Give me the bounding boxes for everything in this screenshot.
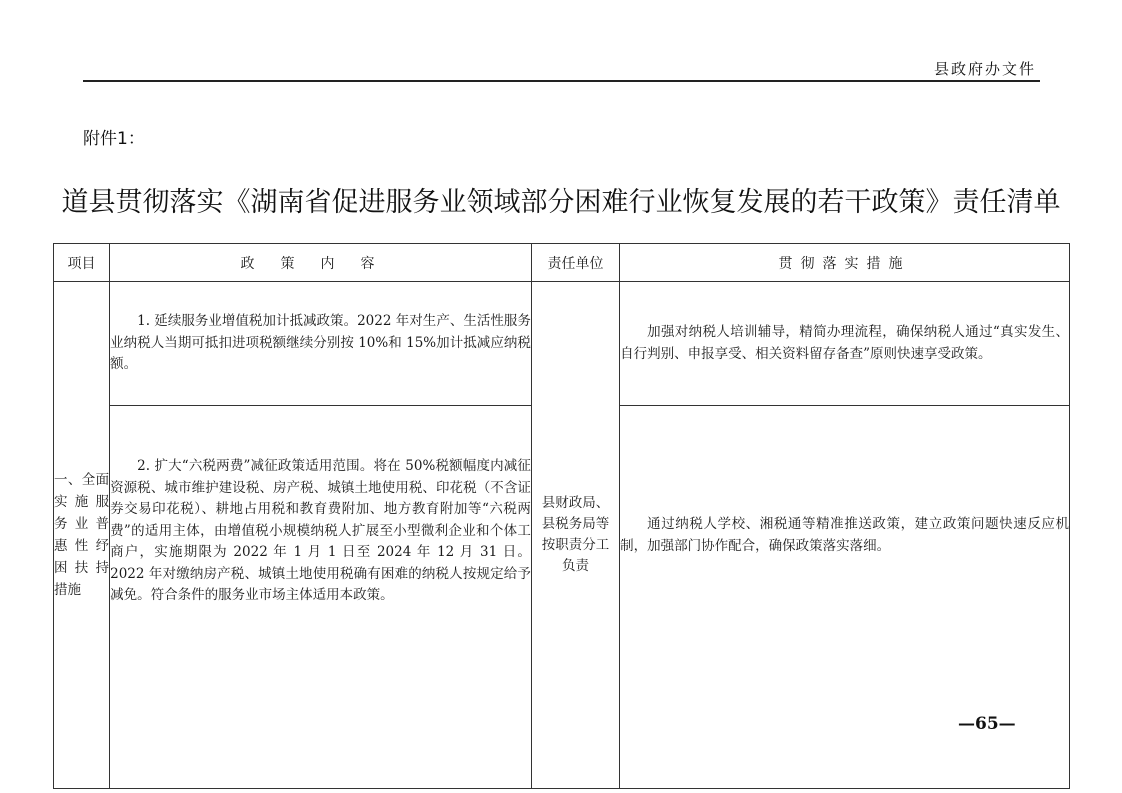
column-header-responsible-unit: 责任单位 <box>531 244 619 282</box>
policy-cell: 2. 扩大“六税两费”减征政策适用范围。将在 50%税额幅度内减征资源税、城市维… <box>110 406 532 789</box>
policy-cell: 1. 延续服务业增值税加计抵减政策。2022 年对生产、生活性服务业纳税人当期可… <box>110 282 532 406</box>
item-line: 务业普 <box>54 513 109 535</box>
responsibility-table: 项目 政策内容 责任单位 贯彻落实措施 一、全面 实施服 务业普 惠性纾 困扶持… <box>53 243 1070 789</box>
measure-text: 加强对纳税人培训辅导，精简办理流程，确保纳税人通过“真实发生、自行判别、申报享受… <box>620 322 1069 365</box>
policy-text: 1. 延续服务业增值税加计抵减政策。2022 年对生产、生活性服务业纳税人当期可… <box>110 311 531 376</box>
item-cell: 一、全面 实施服 务业普 惠性纾 困扶持 措施 <box>54 282 110 789</box>
item-line: 惠性纾 <box>54 535 109 557</box>
column-header-measures: 贯彻落实措施 <box>620 244 1070 282</box>
document-title: 道县贯彻落实《湖南省促进服务业领域部分困难行业恢复发展的若干政策》责任清单 <box>0 180 1122 219</box>
item-line: 困扶持 <box>54 557 109 579</box>
attachment-label: 附件1： <box>83 124 145 149</box>
page-number: —65— <box>958 714 1016 734</box>
item-line: 一、全面 <box>54 469 109 491</box>
item-line: 实施服 <box>54 491 109 513</box>
measure-cell: 加强对纳税人培训辅导，精简办理流程，确保纳税人通过“真实发生、自行判别、申报享受… <box>620 282 1070 406</box>
unit-line: 按职责分工 <box>532 535 619 556</box>
measure-text: 通过纳税人学校、湘税通等精准推送政策，建立政策问题快速反应机制，加强部门协作配合… <box>620 514 1069 557</box>
column-header-policy: 政策内容 <box>110 244 532 282</box>
document-header-office-label: 县政府办文件 <box>934 58 1036 79</box>
policy-text: 2. 扩大“六税两费”减征政策适用范围。将在 50%税额幅度内减征资源税、城市维… <box>110 456 531 607</box>
header-divider <box>83 80 1040 82</box>
unit-line: 县税务局等 <box>532 514 619 535</box>
table-header-row: 项目 政策内容 责任单位 贯彻落实措施 <box>54 244 1070 282</box>
unit-line: 负责 <box>532 556 619 577</box>
column-header-item: 项目 <box>54 244 110 282</box>
table-row: 一、全面 实施服 务业普 惠性纾 困扶持 措施 1. 延续服务业增值税加计抵减政… <box>54 282 1070 406</box>
item-line: 措施 <box>54 579 109 601</box>
responsible-unit-cell: 县财政局、 县税务局等 按职责分工 负责 <box>531 282 619 789</box>
unit-line: 县财政局、 <box>532 493 619 514</box>
